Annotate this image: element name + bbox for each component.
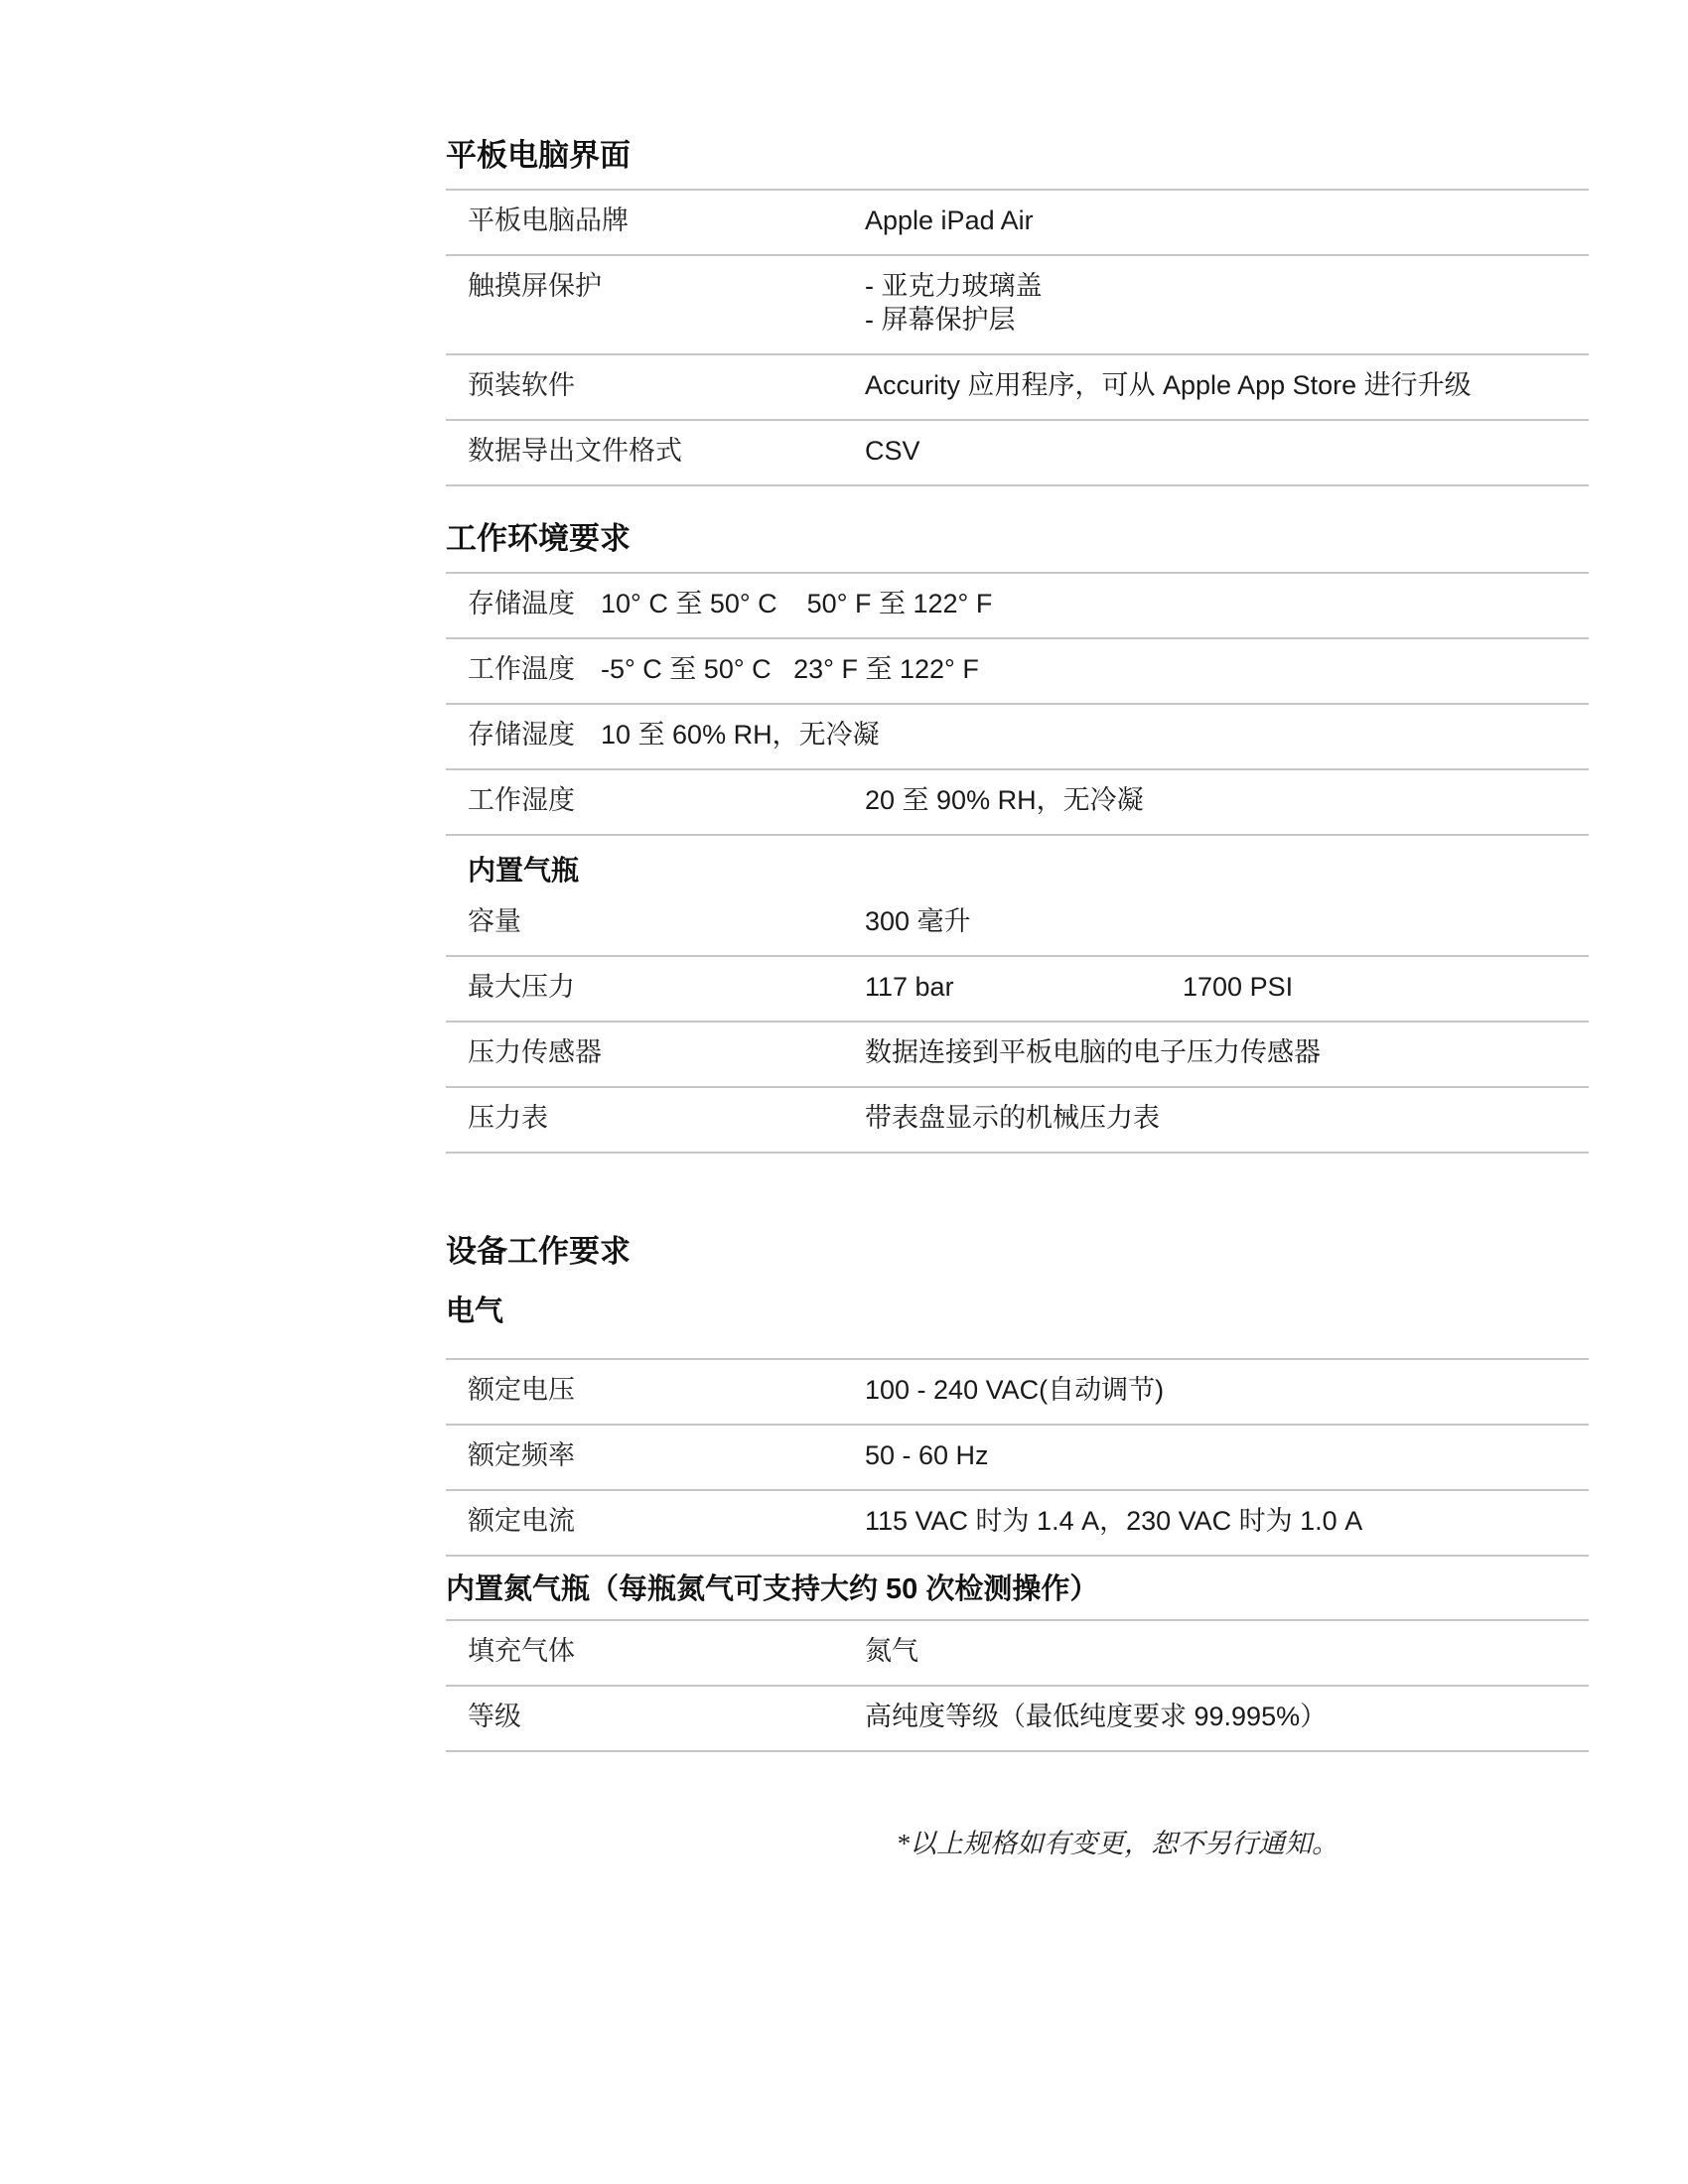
spec-row: 压力表带表盘显示的机械压力表 [446, 1086, 1589, 1152]
table-subheading: 内置气瓶 [468, 855, 579, 886]
spec-value: Accurity 应用程序，可从 Apple App Store 进行升级 [865, 368, 1589, 402]
spec-table: 额定电压100 - 240 VAC(自动调节)额定频率50 - 60 Hz额定电… [446, 1358, 1589, 1557]
spec-value: 10 至 60% RH，无冷凝 [601, 720, 880, 750]
spec-value: 117 bar [865, 970, 1183, 1004]
spec-table: 填充气体氮气等级高纯度等级（最低纯度要求 99.995%） [446, 1619, 1589, 1752]
spec-label: 数据导出文件格式 [468, 434, 865, 468]
spec-row: 数据导出文件格式CSV [446, 419, 1589, 484]
spec-value: 100 - 240 VAC(自动调节) [865, 1373, 1589, 1407]
document-sections: 平板电脑界面平板电脑品牌Apple iPad Air触摸屏保护- 亚克力玻璃盖 … [446, 137, 1589, 1752]
spec-label: 压力传感器 [468, 1035, 865, 1069]
spec-row: 平板电脑品牌Apple iPad Air [446, 189, 1589, 254]
spec-label: 存储温度 [468, 589, 575, 618]
spec-label: 触摸屏保护 [468, 269, 865, 303]
spec-label: 填充气体 [468, 1634, 865, 1668]
section-subheading: 电气 [446, 1295, 1589, 1329]
spec-label: 工作温度 [468, 654, 575, 684]
spec-row: 额定电流115 VAC 时为 1.4 A，230 VAC 时为 1.0 A [446, 1489, 1589, 1555]
spec-value-secondary: 1700 PSI [1183, 970, 1589, 1004]
section-tablet-interface: 平板电脑界面平板电脑品牌Apple iPad Air触摸屏保护- 亚克力玻璃盖 … [446, 137, 1589, 486]
spec-value: 高纯度等级（最低纯度要求 99.995%） [865, 1700, 1589, 1733]
spec-row: 预装软件Accurity 应用程序，可从 Apple App Store 进行升… [446, 353, 1589, 419]
spec-label: 平板电脑品牌 [468, 204, 865, 237]
spec-row: 触摸屏保护- 亚克力玻璃盖 - 屏幕保护层 [446, 254, 1589, 353]
spec-row: 存储温度10° C 至 50° C 50° F 至 122° F [446, 572, 1589, 637]
spec-row: 工作湿度20 至 90% RH，无冷凝 [446, 768, 1589, 834]
spec-label: 额定电流 [468, 1504, 865, 1538]
spec-row: 压力传感器数据连接到平板电脑的电子压力传感器 [446, 1021, 1589, 1086]
spec-table: 平板电脑品牌Apple iPad Air触摸屏保护- 亚克力玻璃盖 - 屏幕保护… [446, 189, 1589, 486]
spec-value: - 亚克力玻璃盖 - 屏幕保护层 [865, 269, 1589, 337]
section-device-operating-requirements: 设备工作要求电气额定电压100 - 240 VAC(自动调节)额定频率50 - … [446, 1233, 1589, 1557]
spec-table: 存储温度10° C 至 50° C 50° F 至 122° F工作温度-5° … [446, 572, 1589, 1154]
spec-row: 最大压力117 bar1700 PSI [446, 955, 1589, 1021]
section-heading: 内置氮气瓶（每瓶氮气可支持大约 50 次检测操作） [446, 1572, 1589, 1607]
spec-row: 容量300 毫升 [446, 891, 1589, 955]
spec-label: 额定频率 [468, 1438, 865, 1472]
spec-row: 工作温度-5° C 至 50° C 23° F 至 122° F [446, 637, 1589, 703]
footnote: *以上规格如有变更，恕不另行通知。 [446, 1822, 1589, 1860]
spec-value: 10° C 至 50° C 50° F 至 122° F [601, 589, 992, 618]
section-heading: 工作环境要求 [446, 520, 1589, 557]
spec-row: 填充气体氮气 [446, 1619, 1589, 1685]
spec-value: 300 毫升 [865, 904, 1589, 938]
spec-label: 预装软件 [468, 368, 865, 402]
spec-value: Apple iPad Air [865, 204, 1589, 237]
spec-value: 带表盘显示的机械压力表 [865, 1101, 1589, 1135]
spec-document-page: 平板电脑界面平板电脑品牌Apple iPad Air触摸屏保护- 亚克力玻璃盖 … [0, 0, 1688, 2184]
spec-value: 115 VAC 时为 1.4 A，230 VAC 时为 1.0 A [865, 1504, 1589, 1538]
spec-label: 等级 [468, 1700, 865, 1733]
spec-label: 容量 [468, 904, 865, 938]
spec-label: 压力表 [468, 1101, 865, 1135]
spec-row: 额定电压100 - 240 VAC(自动调节) [446, 1358, 1589, 1424]
spec-label: 存储湿度 [468, 720, 575, 750]
spec-value: 氮气 [865, 1634, 1589, 1668]
spec-value: 50 - 60 Hz [865, 1438, 1589, 1472]
section-nitrogen-cylinder: 内置氮气瓶（每瓶氮气可支持大约 50 次检测操作）填充气体氮气等级高纯度等级（最… [446, 1572, 1589, 1752]
spec-label: 额定电压 [468, 1373, 865, 1407]
spec-value: -5° C 至 50° C 23° F 至 122° F [601, 654, 979, 684]
spec-row: 等级高纯度等级（最低纯度要求 99.995%） [446, 1685, 1589, 1750]
spec-value: 20 至 90% RH，无冷凝 [865, 783, 1589, 817]
spec-label: 最大压力 [468, 970, 865, 1004]
spec-row: 存储湿度10 至 60% RH，无冷凝 [446, 703, 1589, 768]
spec-value: 数据连接到平板电脑的电子压力传感器 [865, 1035, 1589, 1069]
section-heading: 平板电脑界面 [446, 137, 1589, 174]
section-operating-environment: 工作环境要求存储温度10° C 至 50° C 50° F 至 122° F工作… [446, 520, 1589, 1154]
spec-label: 工作湿度 [468, 783, 865, 817]
section-heading: 设备工作要求 [446, 1233, 1589, 1270]
spec-value: CSV [865, 434, 1589, 468]
table-subheading-row: 内置气瓶 [446, 834, 1589, 891]
spec-row: 额定频率50 - 60 Hz [446, 1424, 1589, 1489]
